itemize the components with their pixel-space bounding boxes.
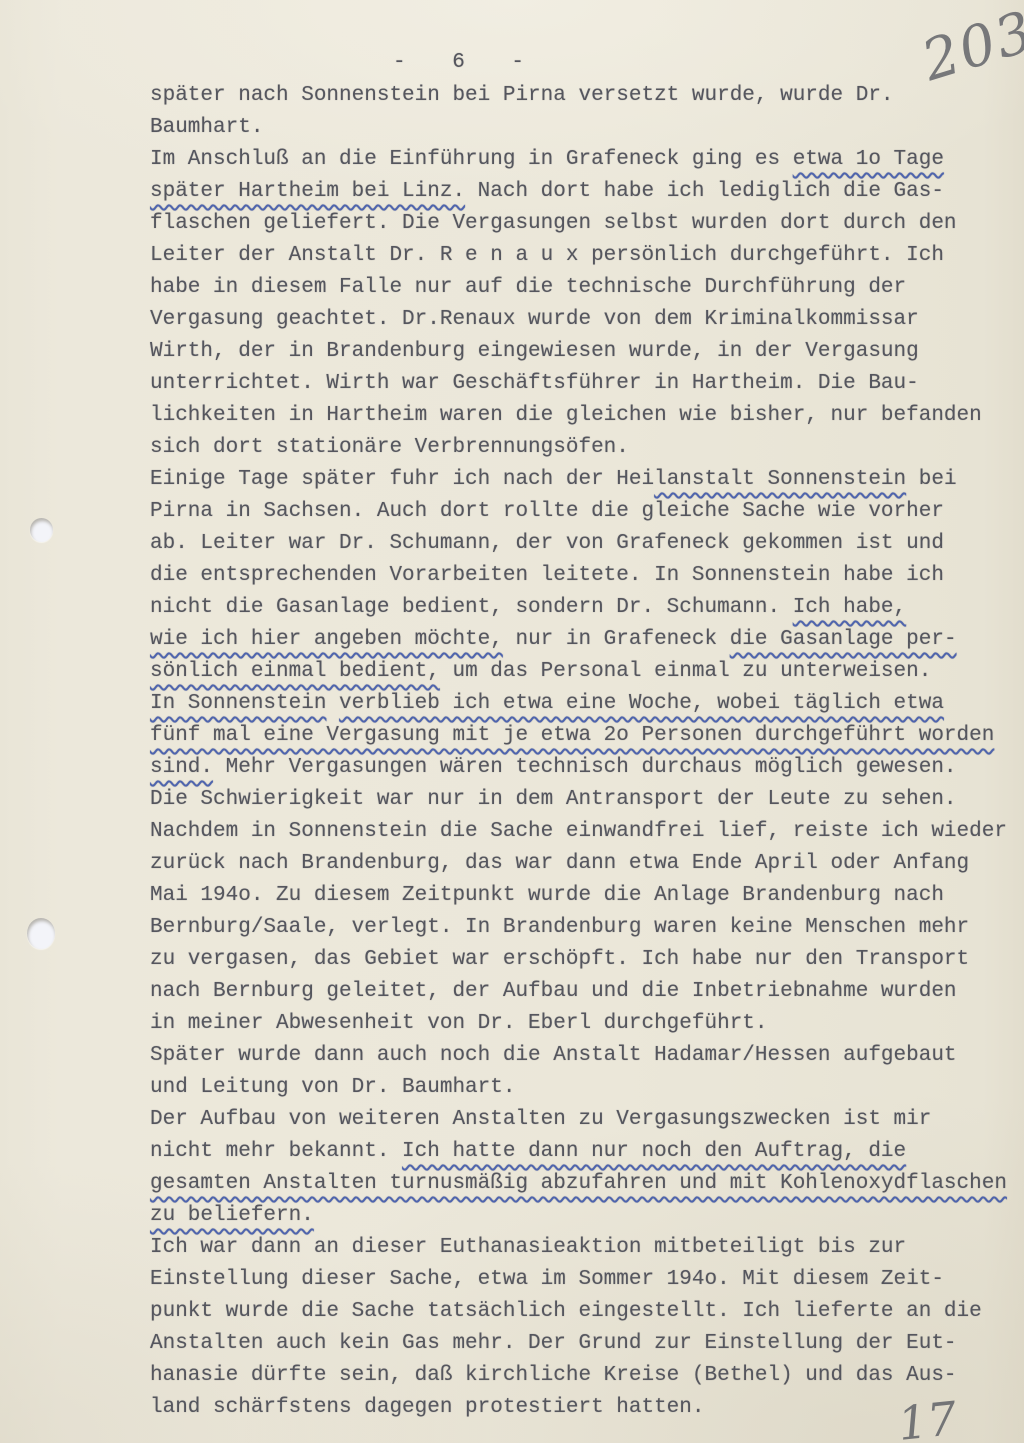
- document-body: später nach Sonnenstein bei Pirna verset…: [150, 80, 1024, 1424]
- text-segment: die entsprechenden Vorarbeiten leitete. …: [150, 564, 944, 587]
- text-line: Wirth, der in Brandenburg eingewiesen wu…: [150, 336, 1024, 368]
- document-page: - 6 - 203 später nach Sonnenstein bei Pi…: [0, 0, 1024, 1443]
- text-segment: ab. Leiter war Dr. Schumann, der von Gra…: [150, 532, 944, 555]
- underlined-text-segment: sind.: [150, 756, 213, 779]
- text-segment: flaschen geliefert. Die Vergasungen selb…: [150, 212, 957, 235]
- text-line: Leiter der Anstalt Dr. R e n a u x persö…: [150, 240, 1024, 272]
- text-segment: um das Personal einmal zu unterweisen.: [440, 660, 931, 683]
- text-line: ab. Leiter war Dr. Schumann, der von Gra…: [150, 528, 1024, 560]
- page-number: - 6 -: [392, 48, 542, 78]
- text-segment: in meiner Abwesenheit von Dr. Eberl durc…: [150, 1012, 768, 1035]
- hole-punch-top: [30, 518, 53, 542]
- underlined-text-segment: verblieb ich etwa eine Woche, wobei tägl…: [339, 692, 944, 715]
- text-line: sönlich einmal bedient, um das Personal …: [150, 656, 1024, 688]
- text-segment: Mai 194o. Zu diesem Zeitpunkt wurde die …: [150, 884, 944, 907]
- text-line: Bernburg/Saale, verlegt. In Brandenburg …: [150, 912, 1024, 944]
- text-line: Im Anschluß an die Einführung in Grafene…: [150, 144, 1024, 176]
- text-segment: Mehr Vergasungen wären technisch durchau…: [213, 756, 957, 779]
- text-segment: bei: [906, 468, 956, 491]
- text-segment: später nach Sonnenstein bei Pirna verset…: [150, 84, 894, 107]
- text-line: zu beliefern.: [150, 1200, 1024, 1232]
- text-segment: Anstalten auch kein Gas mehr. Der Grund …: [150, 1332, 957, 1355]
- text-line: In Sonnenstein verblieb ich etwa eine Wo…: [150, 688, 1024, 720]
- text-line: lichkeiten in Hartheim waren die gleiche…: [150, 400, 1024, 432]
- text-segment: Wirth, der in Brandenburg eingewiesen wu…: [150, 340, 919, 363]
- text-line: später Hartheim bei Linz. Nach dort habe…: [150, 176, 1024, 208]
- text-segment: nur in Grafeneck: [503, 628, 730, 651]
- text-line: gesamten Anstalten turnusmäßig abzufahre…: [150, 1168, 1024, 1200]
- text-segment: Pirna in Sachsen. Auch dort rollte die g…: [150, 500, 944, 523]
- text-segment: Im Anschluß an die Einführung in Grafene…: [150, 148, 793, 171]
- text-line: Mai 194o. Zu diesem Zeitpunkt wurde die …: [150, 880, 1024, 912]
- text-line: nicht mehr bekannt. Ich hatte dann nur n…: [150, 1136, 1024, 1168]
- text-segment: nach Bernburg geleitet, der Aufbau und d…: [150, 980, 957, 1003]
- text-segment: Leiter der Anstalt Dr. R e n a u x persö…: [150, 244, 944, 267]
- text-segment: und Leitung von Dr. Baumhart.: [150, 1076, 515, 1099]
- text-line: land schärfstens dagegen protestiert hat…: [150, 1392, 1024, 1424]
- underlined-text-segment: wie ich hier angeben möchte,: [150, 628, 503, 651]
- handwritten-page-mark: 17: [895, 1391, 959, 1443]
- text-segment: zurück nach Brandenburg, das war dann et…: [150, 852, 969, 875]
- underlined-text-segment: In Sonnenstein: [150, 692, 326, 715]
- text-segment: nicht mehr bekannt.: [150, 1140, 402, 1163]
- text-segment: lichkeiten in Hartheim waren die gleiche…: [150, 404, 982, 427]
- text-segment: Baumhart.: [150, 116, 263, 139]
- text-line: fünf mal eine Vergasung mit je etwa 2o P…: [150, 720, 1024, 752]
- text-segment: Später wurde dann auch noch die Anstalt …: [150, 1044, 957, 1067]
- underlined-text-segment: etwa 1o Tage: [793, 148, 944, 171]
- text-segment: sich dort stationäre Verbrennungsöfen.: [150, 436, 629, 459]
- text-segment: hanasie dürfte sein, daß kirchliche Krei…: [150, 1364, 957, 1387]
- text-line: in meiner Abwesenheit von Dr. Eberl durc…: [150, 1008, 1024, 1040]
- underlined-text-segment: gesamten Anstalten turnusmäßig abzufahre…: [150, 1172, 1007, 1195]
- text-segment: Vergasung geachtet. Dr.Renaux wurde von …: [150, 308, 919, 331]
- text-segment: Bernburg/Saale, verlegt. In Brandenburg …: [150, 916, 969, 939]
- text-line: nach Bernburg geleitet, der Aufbau und d…: [150, 976, 1024, 1008]
- text-segment: Ich war dann an dieser Euthanasieaktion …: [150, 1236, 906, 1259]
- underlined-text-segment: zu beliefern.: [150, 1204, 314, 1227]
- text-line: Die Schwierigkeit war nur in dem Antrans…: [150, 784, 1024, 816]
- text-segment: [326, 692, 339, 715]
- text-segment: land schärfstens dagegen protestiert hat…: [150, 1396, 705, 1419]
- text-line: Nachdem in Sonnenstein die Sache einwand…: [150, 816, 1024, 848]
- text-line: Ich war dann an dieser Euthanasieaktion …: [150, 1232, 1024, 1264]
- text-line: flaschen geliefert. Die Vergasungen selb…: [150, 208, 1024, 240]
- underlined-text-segment: Ich hatte dann nur noch den Auftrag, die: [402, 1140, 906, 1163]
- text-segment: Einstellung dieser Sache, etwa im Sommer…: [150, 1268, 944, 1291]
- hole-punch-bottom: [27, 918, 55, 949]
- text-segment: habe in diesem Falle nur auf die technis…: [150, 276, 906, 299]
- text-segment: punkt wurde die Sache tatsächlich einges…: [150, 1300, 982, 1323]
- text-line: später nach Sonnenstein bei Pirna verset…: [150, 80, 1024, 112]
- text-line: habe in diesem Falle nur auf die technis…: [150, 272, 1024, 304]
- text-line: Einstellung dieser Sache, etwa im Sommer…: [150, 1264, 1024, 1296]
- text-segment: nicht die Gasanlage bedient, sondern Dr.…: [150, 596, 793, 619]
- text-line: hanasie dürfte sein, daß kirchliche Krei…: [150, 1360, 1024, 1392]
- text-segment: zu vergasen, das Gebiet war erschöpft. I…: [150, 948, 969, 971]
- underlined-text-segment: lanstalt Sonnenstein: [654, 468, 906, 491]
- text-segment: Einige Tage später fuhr ich nach der Hei: [150, 468, 654, 491]
- text-line: nicht die Gasanlage bedient, sondern Dr.…: [150, 592, 1024, 624]
- text-line: punkt wurde die Sache tatsächlich einges…: [150, 1296, 1024, 1328]
- text-line: Der Aufbau von weiteren Anstalten zu Ver…: [150, 1104, 1024, 1136]
- text-line: und Leitung von Dr. Baumhart.: [150, 1072, 1024, 1104]
- text-line: Einige Tage später fuhr ich nach der Hei…: [150, 464, 1024, 496]
- text-line: sich dort stationäre Verbrennungsöfen.: [150, 432, 1024, 464]
- text-segment: Der Aufbau von weiteren Anstalten zu Ver…: [150, 1108, 931, 1131]
- underlined-text-segment: sönlich einmal bedient,: [150, 660, 440, 683]
- text-segment: Die Schwierigkeit war nur in dem Antrans…: [150, 788, 957, 811]
- text-line: Vergasung geachtet. Dr.Renaux wurde von …: [150, 304, 1024, 336]
- text-line: unterrichtet. Wirth war Geschäftsführer …: [150, 368, 1024, 400]
- text-line: Pirna in Sachsen. Auch dort rollte die g…: [150, 496, 1024, 528]
- underlined-text-segment: fünf mal eine Vergasung mit je etwa 2o P…: [150, 724, 994, 747]
- text-line: die entsprechenden Vorarbeiten leitete. …: [150, 560, 1024, 592]
- underlined-text-segment: später Hartheim bei Linz.: [150, 180, 465, 203]
- text-line: wie ich hier angeben möchte, nur in Graf…: [150, 624, 1024, 656]
- text-line: zu vergasen, das Gebiet war erschöpft. I…: [150, 944, 1024, 976]
- text-line: Anstalten auch kein Gas mehr. Der Grund …: [150, 1328, 1024, 1360]
- text-segment: unterrichtet. Wirth war Geschäftsführer …: [150, 372, 919, 395]
- text-line: zurück nach Brandenburg, das war dann et…: [150, 848, 1024, 880]
- text-segment: Nach dort habe ich lediglich die Gas-: [465, 180, 944, 203]
- underlined-text-segment: die Gasanlage per-: [730, 628, 957, 651]
- text-line: sind. Mehr Vergasungen wären technisch d…: [150, 752, 1024, 784]
- underlined-text-segment: Ich habe,: [793, 596, 906, 619]
- text-line: Später wurde dann auch noch die Anstalt …: [150, 1040, 1024, 1072]
- text-line: Baumhart.: [150, 112, 1024, 144]
- text-segment: Nachdem in Sonnenstein die Sache einwand…: [150, 820, 1007, 843]
